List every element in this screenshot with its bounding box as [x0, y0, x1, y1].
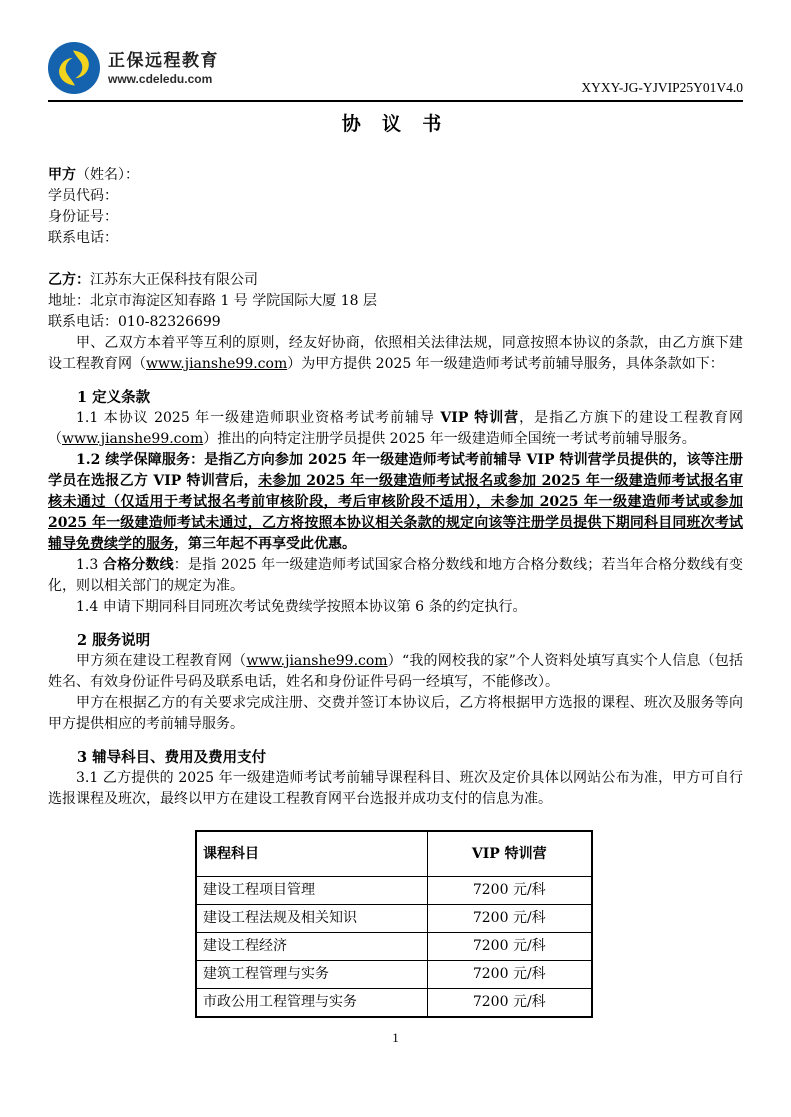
- vip-camp-term: VIP 特训营: [440, 410, 519, 426]
- clause-1-1-text-1: 1.1 本协议 2025 年一级建造师职业资格考试考前辅导: [76, 410, 440, 426]
- party-b-company-line: 乙方：江苏东大正保科技有限公司: [48, 270, 743, 291]
- party-b-company: 江苏东大正保科技有限公司: [90, 272, 258, 288]
- party-b-address-line: 地址：北京市海淀区知春路 1 号 学院国际大厦 18 层: [48, 291, 743, 312]
- price-cell: 7200 元/科: [427, 877, 592, 905]
- table-row: 市政公用工程管理与实务 7200 元/科: [196, 989, 592, 1018]
- clause-1-2-tail: ，第三年起不再享受此优惠。: [174, 536, 356, 552]
- clause-1-3-number: 1.3: [76, 557, 103, 573]
- party-a-id-line: 身份证号：: [48, 207, 743, 228]
- jianshe99-link[interactable]: www.jianshe99.com: [146, 356, 287, 372]
- passing-score-term: 合格分数线: [103, 557, 174, 573]
- page-title: 协 议 书: [48, 112, 743, 138]
- subject-cell: 建设工程法规及相关知识: [196, 905, 427, 933]
- price-table: 课程科目 VIP 特训营 建设工程项目管理 7200 元/科 建设工程法规及相关…: [195, 830, 593, 1018]
- party-a-phone-line: 联系电话：: [48, 228, 743, 249]
- party-a-block: 甲方（姓名）： 学员代码： 身份证号： 联系电话：: [48, 165, 743, 249]
- clause-1-2: 1.2 续学保障服务：是指乙方向参加 2025 年一级建造师考试考前辅导 VIP…: [48, 450, 743, 555]
- section-1-heading: 1 定义条款: [48, 387, 743, 408]
- subject-cell: 建筑工程管理与实务: [196, 961, 427, 989]
- intro-text-2: ）为甲方提供 2025 年一级建造师考试考前辅导服务，具体条款如下：: [287, 356, 724, 372]
- clause-1-3: 1.3 合格分数线：是指 2025 年一级建造师考试国家合格分数线和地方合格分数…: [48, 555, 743, 597]
- intro-paragraph: 甲、乙双方本着平等互利的原则，经友好协商，依照相关法律法规，同意按照本协议的条款…: [48, 333, 743, 375]
- section-2-heading: 2 服务说明: [48, 630, 743, 651]
- page-number: 1: [48, 1027, 743, 1048]
- brand-text: 正保远程教育 www.cdeledu.com: [108, 50, 219, 87]
- brand-url: www.cdeledu.com: [108, 72, 219, 87]
- table-row: 建设工程项目管理 7200 元/科: [196, 877, 592, 905]
- price-cell: 7200 元/科: [427, 905, 592, 933]
- subject-cell: 市政公用工程管理与实务: [196, 989, 427, 1018]
- party-a-label: 甲方: [48, 167, 76, 183]
- price-cell: 7200 元/科: [427, 933, 592, 961]
- section-2-text-1: 甲方须在建设工程教育网（: [76, 653, 246, 669]
- table-row: 建设工程法规及相关知识 7200 元/科: [196, 905, 592, 933]
- clause-1-1: 1.1 本协议 2025 年一级建造师职业资格考试考前辅导 VIP 特训营，是指…: [48, 408, 743, 450]
- column-header-subject: 课程科目: [196, 831, 427, 877]
- subject-cell: 建设工程项目管理: [196, 877, 427, 905]
- jianshe99-link[interactable]: www.jianshe99.com: [246, 653, 387, 669]
- price-cell: 7200 元/科: [427, 989, 592, 1018]
- clause-1-1-text-3: ）推出的向特定注册学员提供 2025 年一级建造师全国统一考试考前辅导服务。: [203, 431, 696, 447]
- party-b-label: 乙方：: [48, 272, 90, 288]
- document-page: 正保远程教育 www.cdeledu.com XYXY-JG-YJVIP25Y0…: [0, 0, 791, 1117]
- price-cell: 7200 元/科: [427, 961, 592, 989]
- doc-code: XYXY-JG-YJVIP25Y01V4.0: [581, 80, 743, 96]
- subject-cell: 建设工程经济: [196, 933, 427, 961]
- section-3-heading: 3 辅导科目、费用及费用支付: [48, 747, 743, 768]
- clause-1-4: 1.4 申请下期同科目同班次考试免费续学按照本协议第 6 条的约定执行。: [48, 597, 743, 618]
- column-header-vip-camp: VIP 特训营: [427, 831, 592, 877]
- section-2-paragraph-1: 甲方须在建设工程教育网（www.jianshe99.com）“我的网校我的家”个…: [48, 651, 743, 693]
- party-a-name-suffix: （姓名）：: [76, 167, 139, 183]
- cdel-logo-icon: [48, 42, 100, 94]
- price-table-header-row: 课程科目 VIP 特训营: [196, 831, 592, 877]
- clause-3-1: 3.1 乙方提供的 2025 年一级建造师考试考前辅导课程科目、班次及定价具体以…: [48, 768, 743, 810]
- table-row: 建筑工程管理与实务 7200 元/科: [196, 961, 592, 989]
- page-header: 正保远程教育 www.cdeledu.com XYXY-JG-YJVIP25Y0…: [48, 0, 743, 102]
- party-b-phone-line: 联系电话：010-82326699: [48, 312, 743, 333]
- jianshe99-link[interactable]: www.jianshe99.com: [62, 431, 203, 447]
- section-2-paragraph-2: 甲方在根据乙方的有关要求完成注册、交费并签订本协议后，乙方将根据甲方选报的课程、…: [48, 693, 743, 735]
- table-row: 建设工程经济 7200 元/科: [196, 933, 592, 961]
- brand-name: 正保远程教育: [108, 50, 219, 72]
- party-b-block: 乙方：江苏东大正保科技有限公司 地址：北京市海淀区知春路 1 号 学院国际大厦 …: [48, 270, 743, 333]
- party-a-student-code-line: 学员代码：: [48, 186, 743, 207]
- party-a-name-line: 甲方（姓名）：: [48, 165, 743, 186]
